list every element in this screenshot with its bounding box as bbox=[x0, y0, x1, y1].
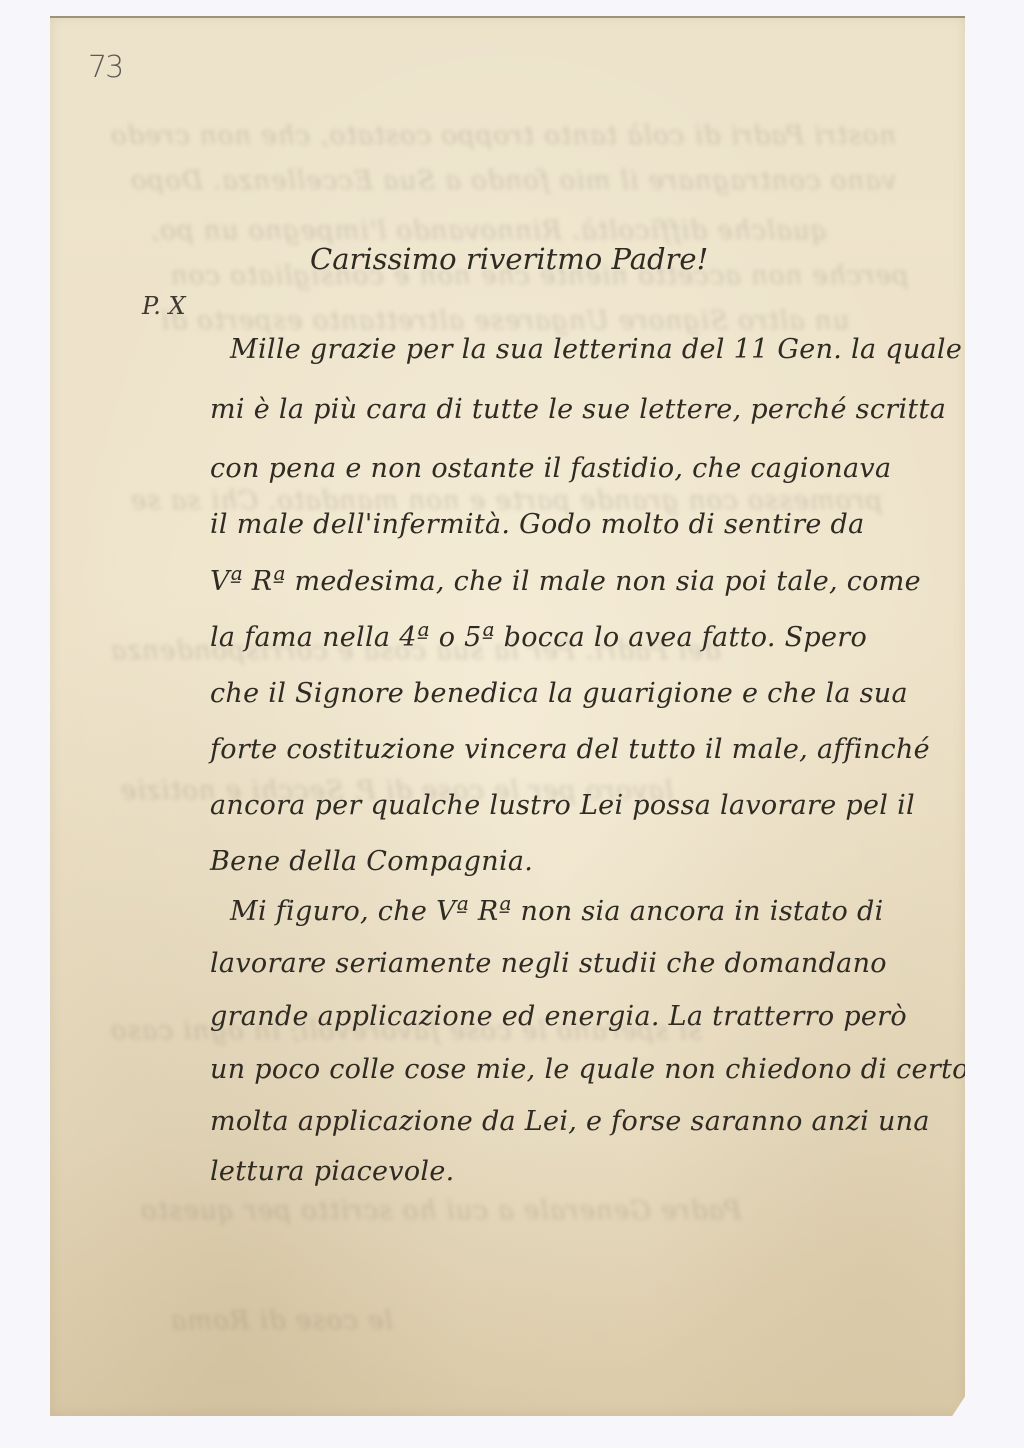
letter-line: lettura piacevole. bbox=[210, 1156, 455, 1187]
margin-mark: P. X bbox=[142, 292, 186, 320]
letter-line: grande applicazione ed energia. La tratt… bbox=[210, 1001, 907, 1032]
manuscript-page: nostri Padri di colà tanto troppo costat… bbox=[50, 16, 965, 1416]
letter-line: Mille grazie per la sua letterina del 11… bbox=[230, 334, 962, 365]
letter-line: un poco colle cose mie, le quale non chi… bbox=[210, 1054, 969, 1085]
letter-line: con pena e non ostante il fastidio, che … bbox=[210, 453, 891, 484]
letter-line: molta applicazione da Lei, e forse saran… bbox=[210, 1106, 930, 1137]
letter-line: forte costituzione vincera del tutto il … bbox=[210, 734, 930, 765]
letter-line: il male dell'infermità. Godo molto di se… bbox=[210, 509, 865, 540]
letter-line: Vª Rª medesima, che il male non sia poi … bbox=[210, 566, 921, 597]
bleed-through-text: Padre Generale a cui ho scritto per ques… bbox=[140, 1196, 741, 1226]
salutation: Carissimo riveritmo Padre! bbox=[310, 242, 708, 276]
letter-line: Bene della Compagnia. bbox=[210, 846, 533, 877]
letter-line: la fama nella 4ª o 5ª bocca lo avea fatt… bbox=[210, 622, 867, 653]
bleed-through-text: vano contragnare il mio fondo a Sua Ecce… bbox=[130, 166, 896, 196]
letter-line: che il Signore benedica la guarigione e … bbox=[210, 678, 908, 709]
letter-line: ancora per qualche lustro Lei possa lavo… bbox=[210, 790, 915, 821]
letter-line: mi è la più cara di tutte le sue lettere… bbox=[210, 394, 946, 425]
bleed-through-text: nostri Padri di colà tanto troppo costat… bbox=[110, 121, 896, 151]
letter-line: Mi figuro, che Vª Rª non sia ancora in i… bbox=[230, 896, 884, 927]
bleed-through-text: le cose di Roma bbox=[170, 1306, 393, 1336]
bleed-through-text: un altro Signore Ungarese altrettanto es… bbox=[160, 306, 849, 336]
folio-number: 73 bbox=[88, 50, 122, 85]
letter-line: lavorare seriamente negli studii che dom… bbox=[210, 948, 887, 979]
